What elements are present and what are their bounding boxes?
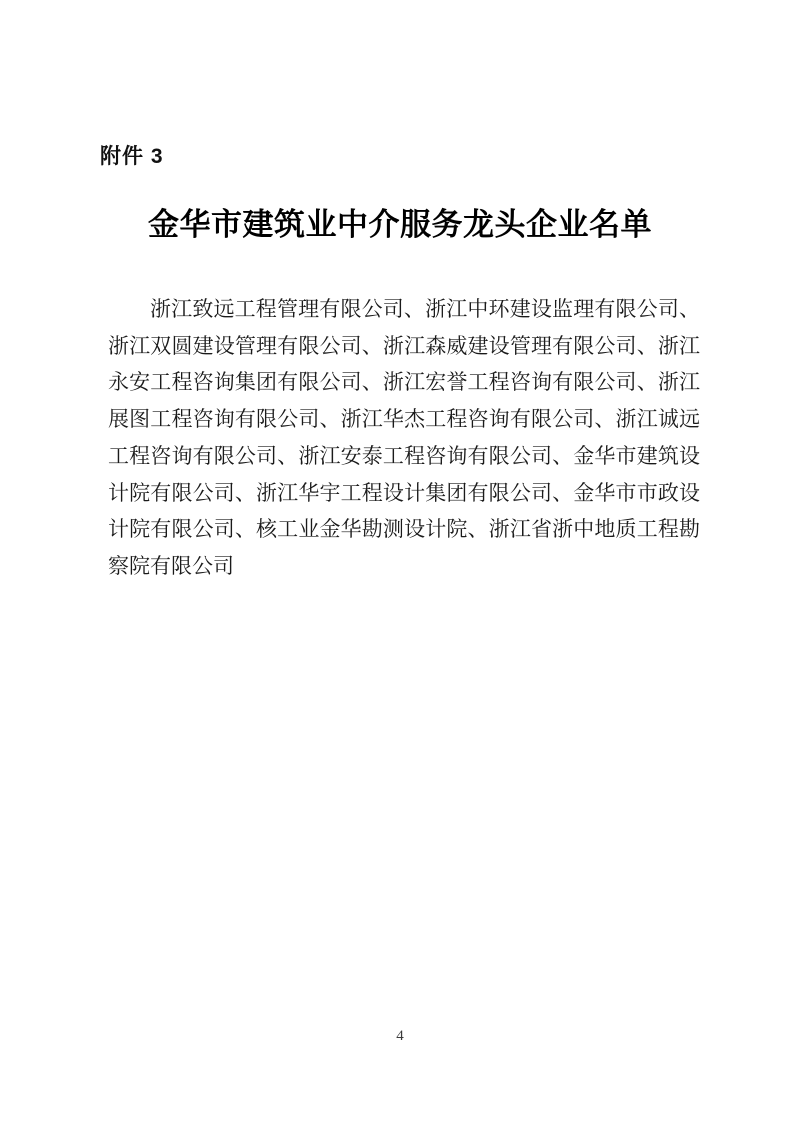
body-line: 浙江致远工程管理有限公司、浙江中环建设监理有限公司、 (108, 291, 700, 328)
page-number: 4 (0, 1028, 800, 1045)
body-line: 展图工程咨询有限公司、浙江华杰工程咨询有限公司、浙江诚远 (108, 401, 700, 438)
body-line: 察院有限公司 (108, 548, 700, 585)
body-line: 计院有限公司、核工业金华勘测设计院、浙江省浙中地质工程勘 (108, 511, 700, 548)
body-line: 浙江双圆建设管理有限公司、浙江森威建设管理有限公司、浙江 (108, 328, 700, 365)
body-line: 计院有限公司、浙江华宇工程设计集团有限公司、金华市市政设 (108, 475, 700, 512)
document-page: 附件 3 金华市建筑业中介服务龙头企业名单 浙江致远工程管理有限公司、浙江中环建… (0, 0, 800, 1131)
attachment-label: 附件 3 (100, 140, 164, 170)
body-line: 工程咨询有限公司、浙江安泰工程咨询有限公司、金华市建筑设 (108, 438, 700, 475)
body-paragraph: 浙江致远工程管理有限公司、浙江中环建设监理有限公司、 浙江双圆建设管理有限公司、… (108, 291, 700, 585)
body-line: 永安工程咨询集团有限公司、浙江宏誉工程咨询有限公司、浙江 (108, 364, 700, 401)
page-title: 金华市建筑业中介服务龙头企业名单 (0, 199, 800, 244)
